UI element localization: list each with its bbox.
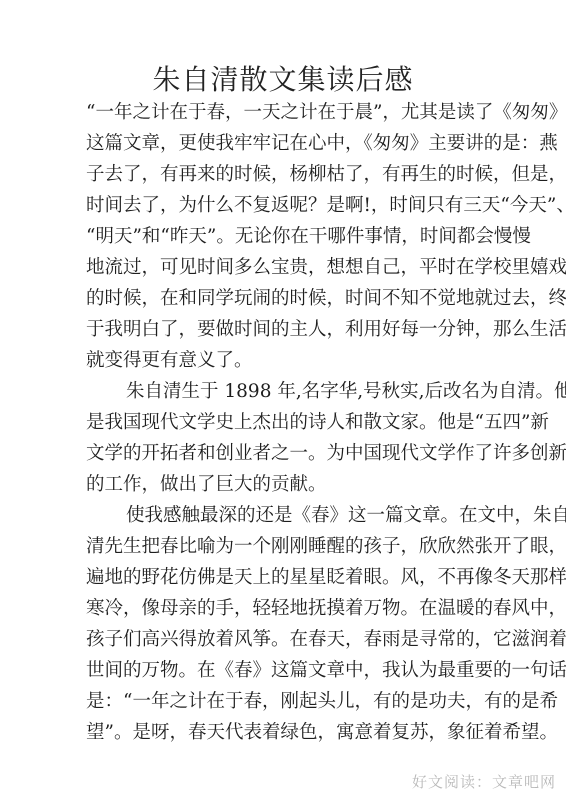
text-line: 就变得更有意义了。 — [86, 345, 482, 376]
text-line: 地流过，可见时间多么宝贵，想想自己，平时在学校里嬉戏 — [86, 252, 482, 283]
text-line: 文学的开拓者和创业者之一。为中国现代文学作了许多创新 — [86, 438, 482, 469]
text-line: 这篇文章，更使我牢牢记在心中，《匆匆》主要讲的是：燕 — [86, 128, 482, 159]
text-line: 孩子们高兴得放着风筝。在春天，春雨是寻常的，它滋润着 — [86, 624, 482, 655]
paragraph-1: “一年之计在于春，一天之计在于晨”，尤其是读了《匆匆》 这篇文章，更使我牢牢记在… — [86, 97, 482, 376]
text-line: 于我明白了，要做时间的主人，利用好每一分钟，那么生活 — [86, 314, 482, 345]
text-line: 是我国现代文学史上杰出的诗人和散文家。他是“五四”新 — [86, 407, 482, 438]
text-line: 世间的万物。在《春》这篇文章中，我认为最重要的一句话 — [86, 655, 482, 686]
text-line: 子去了，有再来的时候，杨柳枯了，有再生的时候，但是， — [86, 159, 482, 190]
paragraph-3: 使我感触最深的还是《春》这一篇文章。在文中，朱自 清先生把春比喻为一个刚刚睡醒的… — [86, 500, 482, 748]
text-line: 遍地的野花仿佛是天上的星星眨着眼。风，不再像冬天那样 — [86, 562, 482, 593]
text-line: 朱自清生于 1898 年,名字华,号秋实,后改名为自清。他 — [86, 376, 482, 407]
text-line: 望”。是呀，春天代表着绿色，寓意着复苏，象征着希望。 — [86, 717, 482, 748]
text-line: 清先生把春比喻为一个刚刚睡醒的孩子，欣欣然张开了眼， — [86, 531, 482, 562]
document-page: 朱自清散文集读后感 “一年之计在于春，一天之计在于晨”，尤其是读了《匆匆》 这篇… — [0, 0, 566, 800]
text-line: 使我感触最深的还是《春》这一篇文章。在文中，朱自 — [86, 500, 482, 531]
text-line: “明天”和“昨天”。无论你在干哪件事情，时间都会慢慢 — [86, 221, 482, 252]
document-title: 朱自清散文集读后感 — [0, 62, 566, 98]
text-line: “一年之计在于春，一天之计在于晨”，尤其是读了《匆匆》 — [86, 97, 482, 128]
text-line: 的时候，在和同学玩闹的时候，时间不知不觉地就过去，终 — [86, 283, 482, 314]
text-line: 寒冷，像母亲的手，轻轻地抚摸着万物。在温暖的春风中， — [86, 593, 482, 624]
document-body: “一年之计在于春，一天之计在于晨”，尤其是读了《匆匆》 这篇文章，更使我牢牢记在… — [86, 97, 482, 748]
text-line: 时间去了，为什么不复返呢？是啊!，时间只有三天“今天”、 — [86, 190, 482, 221]
text-line: 的工作，做出了巨大的贡献。 — [86, 469, 482, 500]
text-line: 是：“一年之计在于春，刚起头儿，有的是功夫，有的是希 — [86, 686, 482, 717]
watermark: 好文阅读：文章吧网 — [412, 771, 556, 792]
paragraph-2: 朱自清生于 1898 年,名字华,号秋实,后改名为自清。他 是我国现代文学史上杰… — [86, 376, 482, 500]
